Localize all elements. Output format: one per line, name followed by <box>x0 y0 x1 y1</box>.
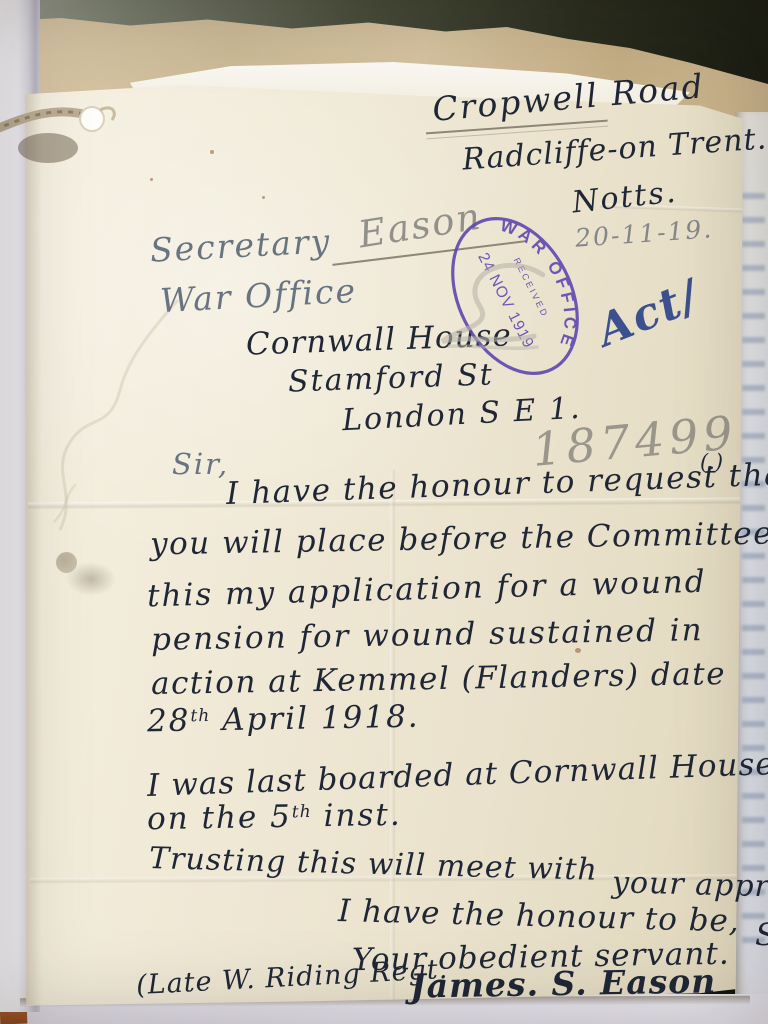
closing-line1-tail: Sir <box>755 917 768 954</box>
body-inst-pre: on the <box>147 799 259 837</box>
salutation: Sir, <box>172 447 229 481</box>
body-inst-ordinal: th <box>292 802 312 822</box>
body-p1-line6: 28th April 1918. <box>147 699 420 740</box>
signature: James. S. Eason <box>410 961 717 1005</box>
punch-hole <box>56 552 77 573</box>
string-shadow <box>18 133 78 163</box>
foxing-speck <box>262 196 265 199</box>
treasury-tag-string <box>0 86 135 181</box>
body-date-day: 28 <box>147 703 191 740</box>
foxing-speck <box>150 178 153 181</box>
body-inst-day: 5 <box>270 799 292 835</box>
body-inst-rest: inst. <box>323 797 402 834</box>
body-date-ordinal: th <box>190 706 210 726</box>
body-p2-line2: on the 5th inst. <box>147 797 402 837</box>
body-date-rest: April 1918. <box>222 699 420 738</box>
letter-photo: Cropwell Road Radcliffe-on Trent. Notts.… <box>0 0 768 1024</box>
foxing-speck <box>210 150 214 154</box>
pencil-scribble-mark <box>430 249 581 392</box>
